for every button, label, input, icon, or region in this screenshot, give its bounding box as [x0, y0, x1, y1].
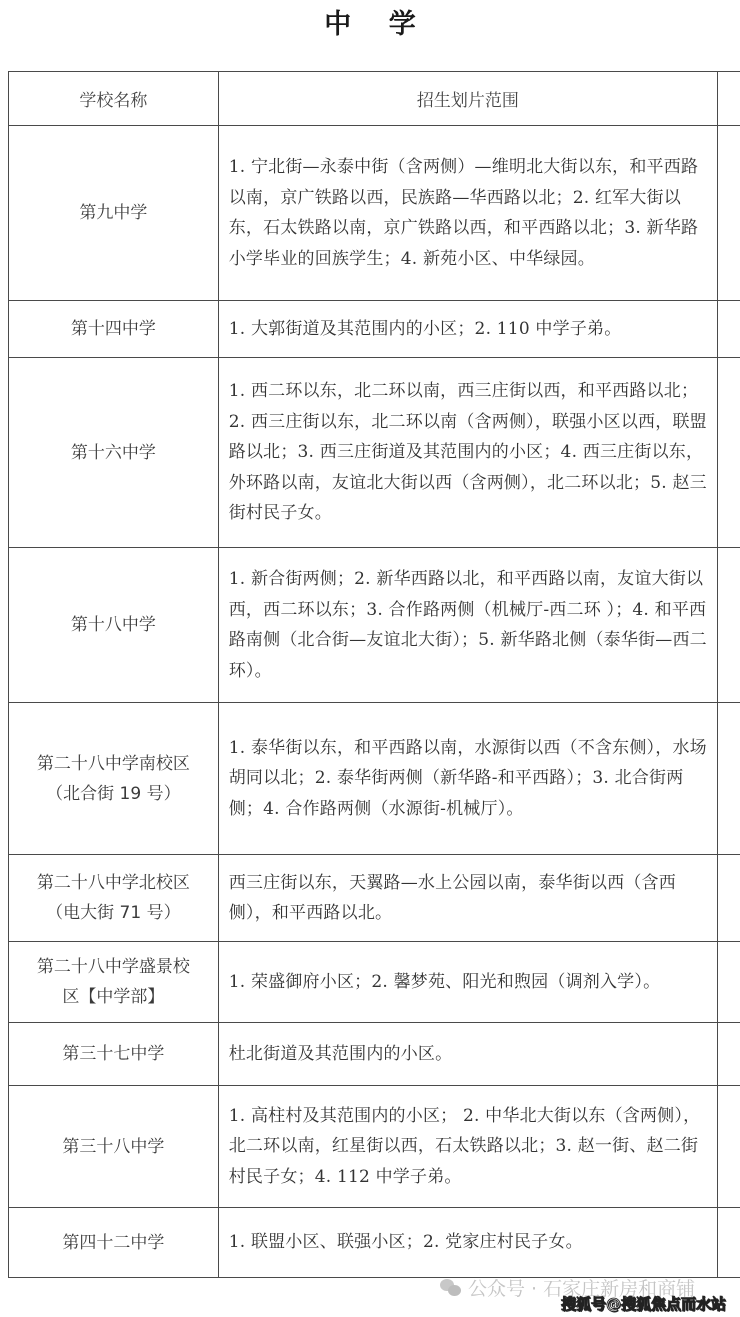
school-name: 第十八中学 — [9, 548, 219, 703]
school-name: 第三十八中学 — [9, 1086, 219, 1208]
school-name: 第二十八中学北校区 （电大街 71 号） — [9, 855, 219, 942]
enrollment-table-container: 学校名称 招生划片范围 第九中学 1. 宁北街—永泰中街（含两侧）—维明北大街以… — [8, 71, 740, 1278]
table-row: 第十六中学 1. 西二环以东，北二环以南，西三庄街以西，和平西路以北；2. 西三… — [9, 358, 740, 548]
enrollment-range: 1. 高柱村及其范围内的小区； 2. 中华北大街以东（含两侧），北二环以南，红星… — [218, 1086, 717, 1208]
extra-cell — [718, 301, 740, 358]
enrollment-range: 1. 宁北街—永泰中街（含两侧）—维明北大街以东，和平西路以南，京广铁路以西，民… — [218, 126, 717, 301]
school-name-line1: 第二十八中学南校区 — [10, 749, 217, 779]
table-row: 第十八中学 1. 新合街两侧；2. 新华西路以北，和平西路以南，友谊大街以西，西… — [9, 548, 740, 703]
school-name-line2: （北合街 19 号） — [10, 779, 217, 809]
school-name-line1: 第二十八中学北校区 — [10, 868, 217, 898]
header-enrollment-range: 招生划片范围 — [218, 72, 717, 126]
enrollment-range: 1. 泰华街以东，和平西路以南，水源街以西（不含东侧），水场胡同以北；2. 泰华… — [218, 703, 717, 855]
enrollment-range: 杜北街道及其范围内的小区。 — [218, 1023, 717, 1086]
table-row: 第九中学 1. 宁北街—永泰中街（含两侧）—维明北大街以东，和平西路以南，京广铁… — [9, 126, 740, 301]
extra-cell — [718, 358, 740, 548]
enrollment-range: 1. 西二环以东，北二环以南，西三庄街以西，和平西路以北；2. 西三庄街以东，北… — [218, 358, 717, 548]
table-row: 第二十八中学南校区 （北合街 19 号） 1. 泰华街以东，和平西路以南，水源街… — [9, 703, 740, 855]
source-label: 搜狐号@搜狐焦点而水站 — [561, 1293, 726, 1314]
school-name-line1: 第二十八中学盛景校 — [10, 952, 217, 982]
table-row: 第三十七中学 杜北街道及其范围内的小区。 — [9, 1023, 740, 1086]
table-row: 第三十八中学 1. 高柱村及其范围内的小区； 2. 中华北大街以东（含两侧），北… — [9, 1086, 740, 1208]
enrollment-table: 学校名称 招生划片范围 第九中学 1. 宁北街—永泰中街（含两侧）—维明北大街以… — [8, 71, 740, 1278]
page-title: 中 学 — [0, 2, 740, 41]
extra-cell — [718, 126, 740, 301]
school-name: 第三十七中学 — [9, 1023, 219, 1086]
table-row: 第四十二中学 1. 联盟小区、联强小区；2. 党家庄村民子女。 — [9, 1208, 740, 1278]
table-row: 第十四中学 1. 大郭街道及其范围内的小区；2. 110 中学子弟。 — [9, 301, 740, 358]
extra-cell — [718, 1023, 740, 1086]
school-name-line2: 区【中学部】 — [10, 982, 217, 1012]
header-school-name: 学校名称 — [9, 72, 219, 126]
school-name: 第十四中学 — [9, 301, 219, 358]
extra-cell — [718, 548, 740, 703]
table-row: 第二十八中学盛景校 区【中学部】 1. 荣盛御府小区；2. 馨梦苑、阳光和煦园（… — [9, 942, 740, 1023]
wechat-icon — [440, 1279, 462, 1297]
table-header-row: 学校名称 招生划片范围 — [9, 72, 740, 126]
header-extra-column — [718, 72, 740, 126]
table-row: 第二十八中学北校区 （电大街 71 号） 西三庄街以东，天翼路—水上公园以南，泰… — [9, 855, 740, 942]
school-name: 第四十二中学 — [9, 1208, 219, 1278]
extra-cell — [718, 1086, 740, 1208]
extra-cell — [718, 703, 740, 855]
school-name: 第十六中学 — [9, 358, 219, 548]
extra-cell — [718, 855, 740, 942]
school-name: 第九中学 — [9, 126, 219, 301]
enrollment-range: 1. 荣盛御府小区；2. 馨梦苑、阳光和煦园（调剂入学）。 — [218, 942, 717, 1023]
school-name: 第二十八中学盛景校 区【中学部】 — [9, 942, 219, 1023]
school-name-line2: （电大街 71 号） — [10, 898, 217, 928]
extra-cell — [718, 1208, 740, 1278]
extra-cell — [718, 942, 740, 1023]
enrollment-range: 1. 联盟小区、联强小区；2. 党家庄村民子女。 — [218, 1208, 717, 1278]
enrollment-range: 西三庄街以东，天翼路—水上公园以南，泰华街以西（含西侧），和平西路以北。 — [218, 855, 717, 942]
school-name: 第二十八中学南校区 （北合街 19 号） — [9, 703, 219, 855]
enrollment-range: 1. 大郭街道及其范围内的小区；2. 110 中学子弟。 — [218, 301, 717, 358]
enrollment-range: 1. 新合街两侧；2. 新华西路以北，和平西路以南，友谊大街以西，西二环以东；3… — [218, 548, 717, 703]
